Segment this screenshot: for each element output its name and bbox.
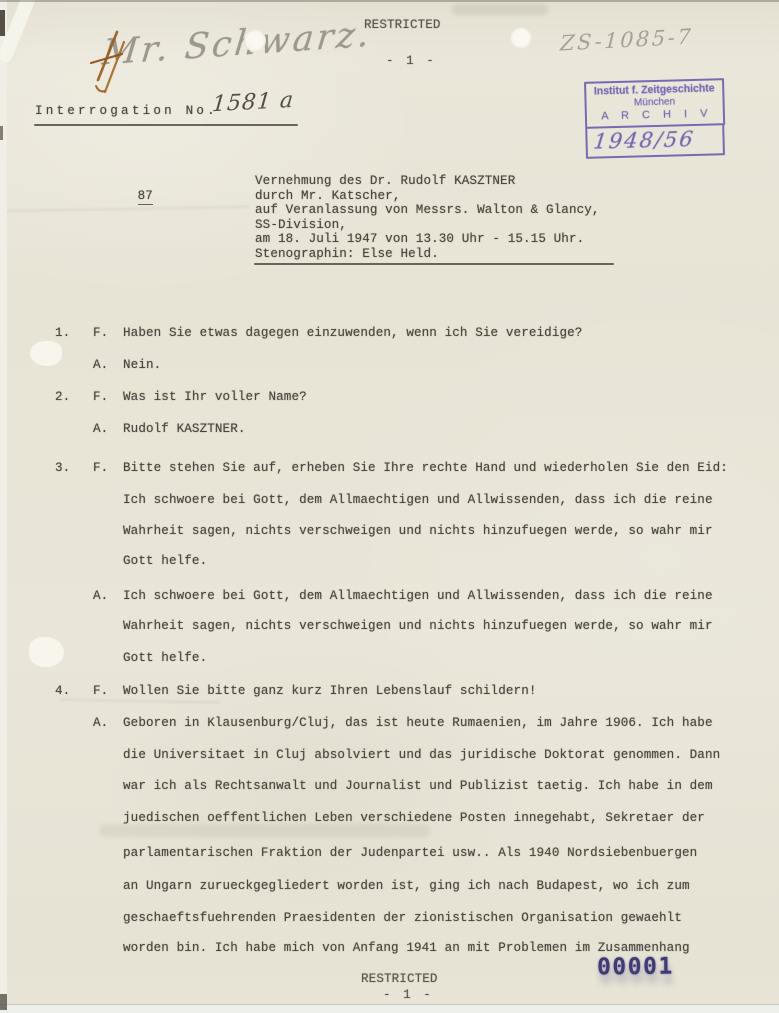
qa-text: die Universitaet in Cluj absolviert und … [123, 747, 720, 763]
paper-damage-spot [30, 341, 62, 366]
header-block: Vernehmung des Dr. Rudolf KASZTNERdurch … [255, 174, 600, 262]
qa-line: juedischen oeffentlichen Leben verschied… [0, 810, 779, 826]
header-line: am 18. Juli 1947 von 13.30 Uhr - 15.15 U… [255, 232, 600, 247]
qa-text: an Ungarn zurueckgegliedert worden ist, … [123, 878, 690, 894]
header-line: Vernehmung des Dr. Rudolf KASZTNER [255, 174, 600, 189]
header-underline [254, 263, 614, 265]
handwritten-addressee: Mr. Schwarz. [100, 14, 374, 73]
pencil-scribble-icon [84, 28, 140, 98]
interrogation-underline [34, 124, 298, 126]
qa-text: Rudolf KASZTNER. [123, 421, 246, 437]
qa-speaker-letter: F. [93, 683, 108, 699]
qa-text: Wahrheit sagen, nichts verschweigen und … [123, 523, 713, 539]
punch-hole [244, 29, 266, 52]
handwritten-interrogation-number: 1581 a [211, 88, 295, 117]
archive-stamp-number-box: 1948/56 [585, 123, 725, 159]
qa-speaker-letter: A. [93, 421, 108, 437]
interrogation-label: Interrogation No. [35, 103, 218, 119]
qa-line: an Ungarn zurueckgegliedert worden ist, … [0, 878, 779, 894]
qa-line: 4.F.Wollen Sie bitte ganz kurz Ihren Leb… [0, 683, 779, 699]
qa-item-number: 2. [55, 389, 70, 405]
qa-line: Gott helfe. [0, 553, 779, 569]
qa-speaker-letter: A. [93, 715, 108, 731]
qa-speaker-letter: F. [93, 389, 108, 405]
page-number-top: - 1 - [386, 53, 436, 69]
qa-text: Geboren in Klausenburg/Cluj, das ist heu… [123, 715, 713, 731]
handwritten-file-reference: ZS-1085-7 [559, 24, 693, 55]
header-line: Stenographin: Else Held. [255, 247, 600, 262]
qa-line: A.Nein. [0, 357, 779, 373]
header-line: auf Veranlassung von Messrs. Walton & Gl… [255, 203, 600, 218]
qa-text: Bitte stehen Sie auf, erheben Sie Ihre r… [123, 460, 728, 476]
paper-crease [60, 699, 220, 704]
qa-line: Wahrheit sagen, nichts verschweigen und … [0, 618, 779, 634]
scan-left-edge [0, 0, 7, 1013]
qa-text: Gott helfe. [123, 650, 207, 666]
qa-item-number: 4. [55, 683, 70, 699]
ink-ghost-smudge [452, 4, 548, 15]
qa-line: die Universitaet in Cluj absolviert und … [0, 747, 779, 763]
serial-number-stamp: 00001 [597, 954, 674, 981]
qa-speaker-letter: F. [93, 325, 108, 341]
qa-text: Wollen Sie bitte ganz kurz Ihren Lebensl… [123, 683, 537, 699]
archive-stamp: Institut f. Zeitgeschichte München A R C… [584, 78, 726, 159]
qa-text: Ich schwoere bei Gott, dem Allmaechtigen… [123, 492, 713, 508]
header-line: durch Mr. Katscher, [255, 189, 600, 204]
qa-speaker-letter: A. [93, 588, 108, 604]
qa-text: Wahrheit sagen, nichts verschweigen und … [123, 618, 713, 634]
qa-text: geschaeftsfuehrenden Praesidenten der zi… [123, 910, 682, 926]
qa-line: geschaeftsfuehrenden Praesidenten der zi… [0, 910, 779, 926]
qa-line: 1.F.Haben Sie etwas dagegen einzuwenden,… [0, 325, 779, 341]
qa-text: juedischen oeffentlichen Leben verschied… [123, 810, 705, 826]
qa-line: A.Rudolf KASZTNER. [0, 421, 779, 437]
qa-text: parlamentarischen Fraktion der Judenpart… [123, 845, 697, 861]
qa-item-number: 3. [55, 460, 70, 476]
paper-damage-spot [29, 637, 64, 667]
header-line: SS-Division, [255, 218, 600, 233]
qa-item-number: 1. [55, 325, 70, 341]
qa-speaker-letter: F. [93, 460, 108, 476]
scan-edge-mark [0, 994, 7, 1010]
punch-hole [510, 27, 532, 49]
qa-line: Wahrheit sagen, nichts verschweigen und … [0, 523, 779, 539]
qa-text: war ich als Rechtsanwalt und Journalist … [123, 778, 713, 794]
qa-line: Gott helfe. [0, 650, 779, 666]
qa-text: Haben Sie etwas dagegen einzuwenden, wen… [123, 325, 582, 341]
qa-text: Was ist Ihr voller Name? [123, 389, 307, 405]
archive-stamp-institution: Institut f. Zeitgeschichte München A R C… [584, 78, 725, 129]
archive-stamp-number: 1948/56 [592, 127, 696, 154]
qa-text: Gott helfe. [123, 553, 207, 569]
scan-top-edge [0, 0, 779, 2]
qa-line: parlamentarischen Fraktion der Judenpart… [0, 845, 779, 861]
archive-stamp-line3: A R C H I V [588, 107, 722, 124]
qa-text: Nein. [123, 357, 161, 373]
document-page: RESTRICTED - 1 - Mr. Schwarz. ZS-1085-7 … [0, 0, 779, 1013]
qa-line: war ich als Rechtsanwalt und Journalist … [0, 778, 779, 794]
classification-top: RESTRICTED [364, 17, 441, 33]
qa-line: 3.F.Bitte stehen Sie auf, erheben Sie Ih… [0, 460, 779, 476]
qa-line: A.Ich schwoere bei Gott, dem Allmaechtig… [0, 588, 779, 604]
classification-bottom: RESTRICTED [361, 971, 438, 987]
scan-bottom-edge [0, 1004, 779, 1013]
qa-line: Ich schwoere bei Gott, dem Allmaechtigen… [0, 492, 779, 508]
qa-line: A.Geboren in Klausenburg/Cluj, das ist h… [0, 715, 779, 731]
qa-text: Ich schwoere bei Gott, dem Allmaechtigen… [123, 588, 713, 604]
qa-speaker-letter: A. [93, 357, 108, 373]
scan-edge-mark [0, 10, 5, 36]
exhibit-number: 87 [107, 172, 153, 220]
page-number-bottom: - 1 - [383, 987, 433, 1003]
qa-line: 2.F.Was ist Ihr voller Name? [0, 389, 779, 405]
scan-edge-mark [0, 126, 3, 140]
